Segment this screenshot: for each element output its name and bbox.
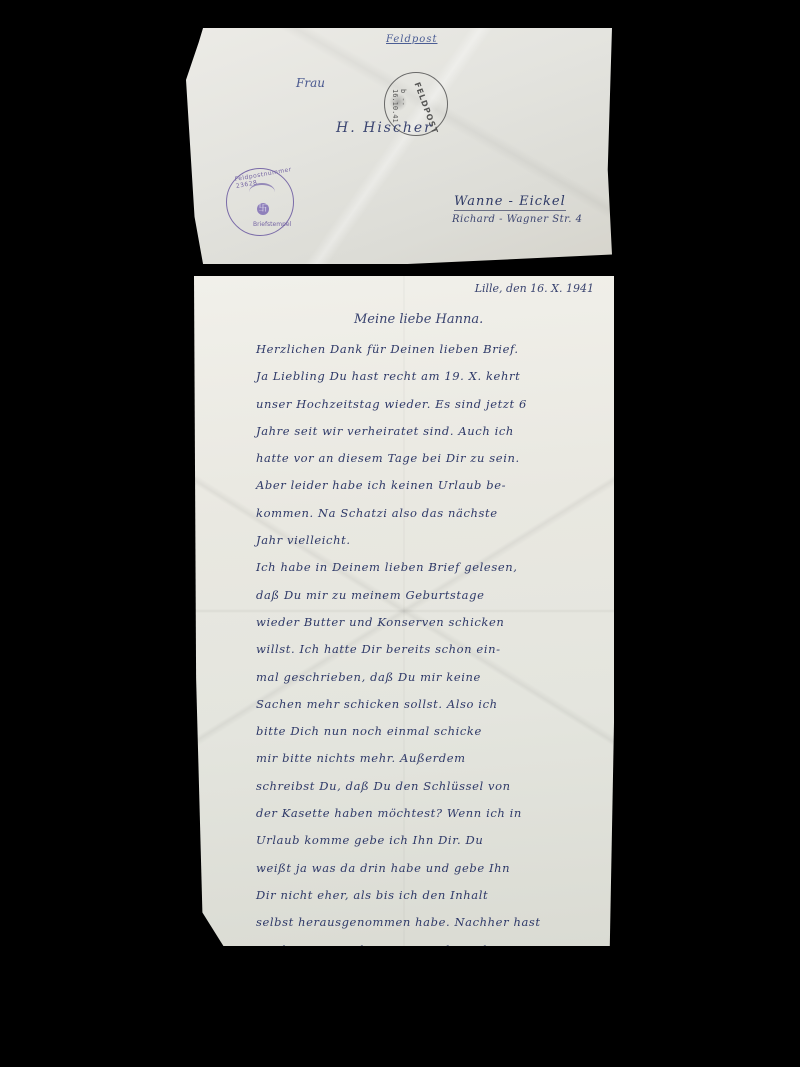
letter-line: Urlaub komme gebe ich Ihn Dir. Du: [256, 827, 608, 854]
letter-line: Du damit Dummheiten gemacht und: [256, 937, 608, 964]
letter-page: Lille, den 16. X. 1941 Meine liebe Hanna…: [194, 276, 614, 946]
envelope-recipient: H. Hischer: [336, 120, 433, 136]
letter-line: bitte Dich nun noch einmal schicke: [256, 718, 608, 745]
letter-line: unser Hochzeitstag wieder. Es sind jetzt…: [256, 391, 608, 418]
envelope: Feldpost Frau FELDPOST b -- 16.10.41 H. …: [186, 28, 612, 264]
letter-line: Jahr vielleicht.: [256, 527, 608, 554]
letter-line: willst. Ich hatte Dir bereits schon ein-: [256, 636, 608, 663]
letter-date: Lille, den 16. X. 1941: [475, 282, 594, 295]
envelope-street: Richard - Wagner Str. 4: [452, 214, 583, 225]
letter-line: daß Du mir zu meinem Geburtstage: [256, 582, 608, 609]
letter-line: wieder Butter und Konserven schicken: [256, 609, 608, 636]
letter-line: kommen. Na Schatzi also das nächste: [256, 500, 608, 527]
letter-line: Sachen mehr schicken sollst. Also ich: [256, 691, 608, 718]
letter-line: Aber leider habe ich keinen Urlaub be-: [256, 472, 608, 499]
letter-line: Dir nicht eher, als bis ich den Inhalt: [256, 882, 608, 909]
letter-line: der Kasette haben möchtest? Wenn ich in: [256, 800, 608, 827]
letter-line: weißt ja was da drin habe und gebe Ihn: [256, 855, 608, 882]
letter-body: Herzlichen Dank für Deinen lieben Brief.…: [256, 336, 608, 964]
eagle-emblem-icon: [249, 183, 275, 201]
unit-stamp-bottom-text: Briefstempel: [253, 221, 291, 228]
letter-line: Herzlichen Dank für Deinen lieben Brief.: [256, 336, 608, 363]
letter-line: Jahre seit wir verheiratet sind. Auch ic…: [256, 418, 608, 445]
letter-line: Ich habe in Deinem lieben Brief gelesen,: [256, 554, 608, 581]
letter-line: selbst herausgenommen habe. Nachher hast: [256, 909, 608, 936]
unit-stamp-icon: Feldpostnummer 23628 卐 Briefstempel: [226, 168, 294, 236]
envelope-salutation: Frau: [296, 76, 325, 90]
letter-line: mal geschrieben, daß Du mir keine: [256, 664, 608, 691]
letter-salutation: Meine liebe Hanna.: [354, 312, 483, 327]
letter-line: schreibst Du, daß Du den Schlüssel von: [256, 773, 608, 800]
letter-line: Ja Liebling Du hast recht am 19. X. kehr…: [256, 363, 608, 390]
letter-line: mir bitte nichts mehr. Außerdem: [256, 745, 608, 772]
envelope-feldpost-label: Feldpost: [386, 34, 437, 45]
letter-line: hatte vor an diesem Tage bei Dir zu sein…: [256, 445, 608, 472]
envelope-city: Wanne - Eickel: [454, 194, 566, 211]
wreath-emblem-icon: 卐: [257, 203, 269, 215]
